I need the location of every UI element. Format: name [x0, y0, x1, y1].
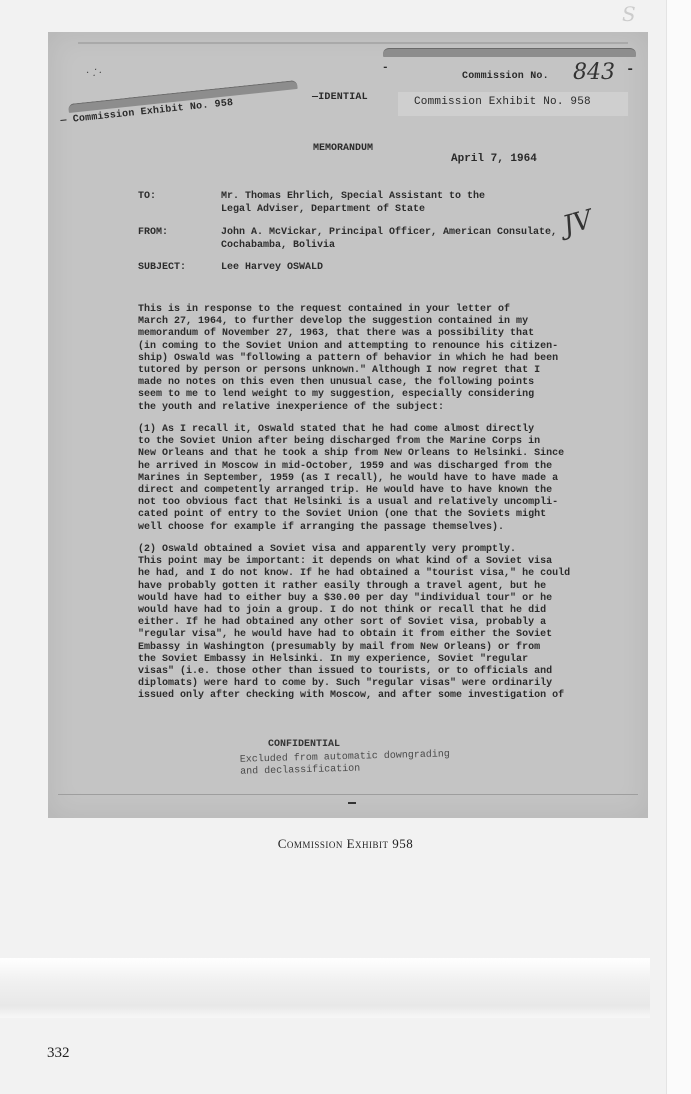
bottom-dash [348, 802, 356, 804]
scan-artifact-band [0, 958, 650, 1018]
exhibit-caption: Commission Exhibit 958 [0, 836, 691, 852]
memo-date: April 7, 1964 [451, 153, 537, 165]
commission-number-label: Commission No. [462, 71, 549, 82]
paragraph-point-1: (1) As I recall it, Oswald stated that h… [138, 424, 598, 534]
ink-specks: · ⁚ · [86, 68, 102, 79]
corner-mark: S [622, 2, 636, 26]
page-edge [666, 0, 691, 1094]
header-key: SUBJECT: [138, 261, 218, 274]
header-key: TO: [138, 190, 218, 203]
classification-fragment-text: IDENTIAL [318, 92, 368, 103]
memo-title: MEMORANDUM [313, 143, 373, 154]
top-rule [78, 42, 628, 44]
header-key: FROM: [138, 226, 218, 239]
commission-number-value: 843 [573, 60, 615, 85]
page-number: 332 [47, 1045, 70, 1062]
paragraph-point-2: (2) Oswald obtained a Soviet visa and ap… [138, 544, 598, 703]
exhibit-label-right: Commission Exhibit No. 958 [414, 96, 591, 108]
stamp-dash-right: - [626, 62, 635, 78]
tab-strip-right [383, 48, 636, 57]
classification-fragment: —IDENTIAL [312, 92, 368, 103]
declassification-note: Excluded from automatic downgrading and … [240, 749, 451, 778]
header-value: Lee Harvey OSWALD [221, 261, 641, 274]
stamp-dash: - [382, 62, 389, 74]
paragraph-intro: This is in response to the request conta… [138, 304, 598, 414]
scanned-memo: - Commission No. 843 - Commission Exhibi… [48, 32, 648, 818]
bottom-rule [58, 794, 638, 795]
classification-stamp: CONFIDENTIAL [268, 739, 340, 750]
